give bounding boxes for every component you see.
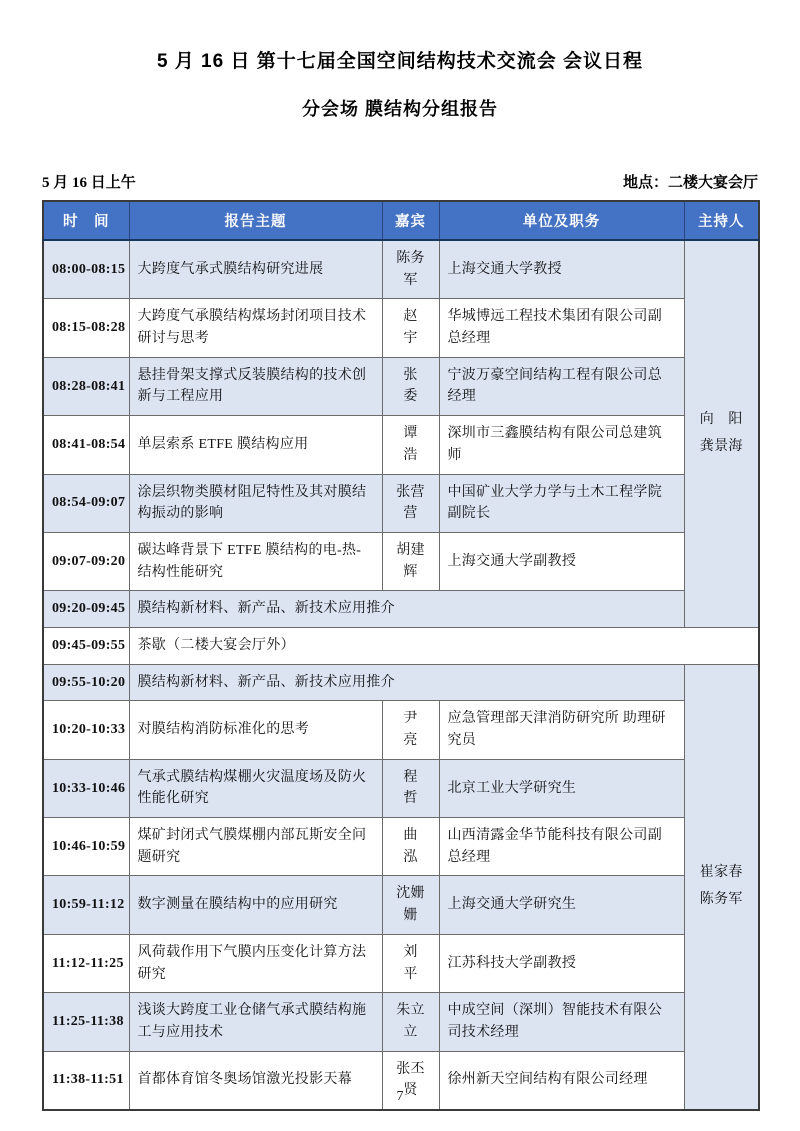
page-number: 7 bbox=[0, 1089, 800, 1105]
topic-cell: 涂层织物类膜材阻尼特性及其对膜结构振动的影响 bbox=[129, 474, 382, 532]
time-cell: 08:00-08:15 bbox=[43, 240, 129, 299]
table-row: 11:12-11:25风荷载作用下气膜内压变化计算方法研究刘 平江苏科技大学副教… bbox=[43, 934, 759, 992]
moderator-name: 向 阳 bbox=[693, 407, 751, 434]
guest-cell: 胡建辉 bbox=[382, 532, 439, 590]
topic-cell: 大跨度气承膜结构煤场封闭项目技术研讨与思考 bbox=[129, 299, 382, 357]
location-label: 地点：二楼大宴会厅 bbox=[623, 171, 758, 192]
org-cell: 宁波万豪空间结构工程有限公司总经理 bbox=[439, 357, 684, 415]
table-row: 08:00-08:15大跨度气承式膜结构研究进展陈务军上海交通大学教授向 阳龚景… bbox=[43, 240, 759, 299]
topic-cell: 碳达峰背景下 ETFE 膜结构的电-热-结构性能研究 bbox=[129, 532, 382, 590]
guest-cell: 朱立立 bbox=[382, 993, 439, 1051]
topic-cell: 煤矿封闭式气膜煤棚内部瓦斯安全问题研究 bbox=[129, 818, 382, 876]
session-meta-row: 5 月 16 日上午 地点：二楼大宴会厅 bbox=[42, 171, 758, 192]
topic-cell: 大跨度气承式膜结构研究进展 bbox=[129, 240, 382, 299]
table-row: 10:46-10:59煤矿封闭式气膜煤棚内部瓦斯安全问题研究曲 泓山西清露金华节… bbox=[43, 818, 759, 876]
time-cell: 08:28-08:41 bbox=[43, 357, 129, 415]
topic-cell: 单层索系 ETFE 膜结构应用 bbox=[129, 416, 382, 474]
table-row: 08:54-09:07涂层织物类膜材阻尼特性及其对膜结构振动的影响张营营中国矿业… bbox=[43, 474, 759, 532]
topic-cell: 茶歇（二楼大宴会厅外） bbox=[129, 627, 759, 664]
org-cell: 华城博远工程技术集团有限公司副总经理 bbox=[439, 299, 684, 357]
document-page: 5 月 16 日 第十七届全国空间结构技术交流会 会议日程 分会场 膜结构分组报… bbox=[0, 0, 800, 1131]
table-header-row: 时 间 报告主题 嘉宾 单位及职务 主持人 bbox=[43, 201, 759, 240]
topic-cell: 气承式膜结构煤棚火灾温度场及防火性能化研究 bbox=[129, 759, 382, 817]
schedule-table: 时 间 报告主题 嘉宾 单位及职务 主持人 08:00-08:15大跨度气承式膜… bbox=[42, 200, 760, 1111]
guest-cell: 沈姗姗 bbox=[382, 876, 439, 934]
topic-cell: 数字测量在膜结构中的应用研究 bbox=[129, 876, 382, 934]
org-cell: 中成空间（深圳）智能技术有限公司技术经理 bbox=[439, 993, 684, 1051]
table-row: 09:07-09:20碳达峰背景下 ETFE 膜结构的电-热-结构性能研究胡建辉… bbox=[43, 532, 759, 590]
page-subtitle: 分会场 膜结构分组报告 bbox=[0, 95, 800, 121]
guest-cell: 赵 宇 bbox=[382, 299, 439, 357]
guest-cell: 尹 亮 bbox=[382, 701, 439, 759]
topic-cell: 膜结构新材料、新产品、新技术应用推介 bbox=[129, 591, 684, 628]
time-cell: 10:20-10:33 bbox=[43, 701, 129, 759]
guest-cell: 陈务军 bbox=[382, 240, 439, 299]
topic-cell: 悬挂骨架支撑式反装膜结构的技术创新与工程应用 bbox=[129, 357, 382, 415]
topic-cell: 对膜结构消防标准化的思考 bbox=[129, 701, 382, 759]
time-cell: 08:41-08:54 bbox=[43, 416, 129, 474]
time-cell: 10:59-11:12 bbox=[43, 876, 129, 934]
time-cell: 09:07-09:20 bbox=[43, 532, 129, 590]
topic-cell: 膜结构新材料、新产品、新技术应用推介 bbox=[129, 664, 684, 701]
header-org: 单位及职务 bbox=[439, 201, 684, 240]
time-cell: 11:25-11:38 bbox=[43, 993, 129, 1051]
table-row: 08:28-08:41悬挂骨架支撑式反装膜结构的技术创新与工程应用张 委宁波万豪… bbox=[43, 357, 759, 415]
table-row: 08:15-08:28大跨度气承膜结构煤场封闭项目技术研讨与思考赵 宇华城博远工… bbox=[43, 299, 759, 357]
table-row: 10:59-11:12数字测量在膜结构中的应用研究沈姗姗上海交通大学研究生 bbox=[43, 876, 759, 934]
page-title: 5 月 16 日 第十七届全国空间结构技术交流会 会议日程 bbox=[0, 0, 800, 73]
time-cell: 09:20-09:45 bbox=[43, 591, 129, 628]
time-cell: 10:46-10:59 bbox=[43, 818, 129, 876]
header-guest: 嘉宾 bbox=[382, 201, 439, 240]
moderator-cell: 向 阳龚景海 bbox=[684, 240, 759, 627]
schedule-table-body: 08:00-08:15大跨度气承式膜结构研究进展陈务军上海交通大学教授向 阳龚景… bbox=[43, 240, 759, 1110]
time-cell: 09:45-09:55 bbox=[43, 627, 129, 664]
moderator-name: 龚景海 bbox=[693, 434, 751, 461]
header-topic: 报告主题 bbox=[129, 201, 382, 240]
time-cell: 11:12-11:25 bbox=[43, 934, 129, 992]
org-cell: 上海交通大学教授 bbox=[439, 240, 684, 299]
table-row: 09:45-09:55茶歇（二楼大宴会厅外） bbox=[43, 627, 759, 664]
table-row: 08:41-08:54单层索系 ETFE 膜结构应用谭 浩深圳市三鑫膜结构有限公… bbox=[43, 416, 759, 474]
table-row: 09:20-09:45膜结构新材料、新产品、新技术应用推介 bbox=[43, 591, 759, 628]
guest-cell: 曲 泓 bbox=[382, 818, 439, 876]
time-cell: 09:55-10:20 bbox=[43, 664, 129, 701]
time-cell: 10:33-10:46 bbox=[43, 759, 129, 817]
guest-cell: 谭 浩 bbox=[382, 416, 439, 474]
time-cell: 08:15-08:28 bbox=[43, 299, 129, 357]
header-time: 时 间 bbox=[43, 201, 129, 240]
moderator-name: 崔家春 bbox=[693, 860, 751, 887]
org-cell: 江苏科技大学副教授 bbox=[439, 934, 684, 992]
org-cell: 中国矿业大学力学与土木工程学院副院长 bbox=[439, 474, 684, 532]
org-cell: 上海交通大学研究生 bbox=[439, 876, 684, 934]
moderator-name: 陈务军 bbox=[693, 887, 751, 914]
table-row: 10:33-10:46气承式膜结构煤棚火灾温度场及防火性能化研究程 哲北京工业大… bbox=[43, 759, 759, 817]
table-row: 10:20-10:33对膜结构消防标准化的思考尹 亮应急管理部天津消防研究所 助… bbox=[43, 701, 759, 759]
topic-cell: 风荷载作用下气膜内压变化计算方法研究 bbox=[129, 934, 382, 992]
guest-cell: 张营营 bbox=[382, 474, 439, 532]
guest-cell: 张 委 bbox=[382, 357, 439, 415]
moderator-cell: 崔家春陈务军 bbox=[684, 664, 759, 1110]
org-cell: 北京工业大学研究生 bbox=[439, 759, 684, 817]
org-cell: 山西清露金华节能科技有限公司副总经理 bbox=[439, 818, 684, 876]
org-cell: 深圳市三鑫膜结构有限公司总建筑师 bbox=[439, 416, 684, 474]
org-cell: 应急管理部天津消防研究所 助理研究员 bbox=[439, 701, 684, 759]
session-label: 5 月 16 日上午 bbox=[42, 171, 136, 192]
time-cell: 08:54-09:07 bbox=[43, 474, 129, 532]
table-row: 09:55-10:20膜结构新材料、新产品、新技术应用推介崔家春陈务军 bbox=[43, 664, 759, 701]
header-moderator: 主持人 bbox=[684, 201, 759, 240]
table-row: 11:25-11:38浅谈大跨度工业仓储气承式膜结构施工与应用技术朱立立中成空间… bbox=[43, 993, 759, 1051]
guest-cell: 程 哲 bbox=[382, 759, 439, 817]
org-cell: 上海交通大学副教授 bbox=[439, 532, 684, 590]
guest-cell: 刘 平 bbox=[382, 934, 439, 992]
topic-cell: 浅谈大跨度工业仓储气承式膜结构施工与应用技术 bbox=[129, 993, 382, 1051]
